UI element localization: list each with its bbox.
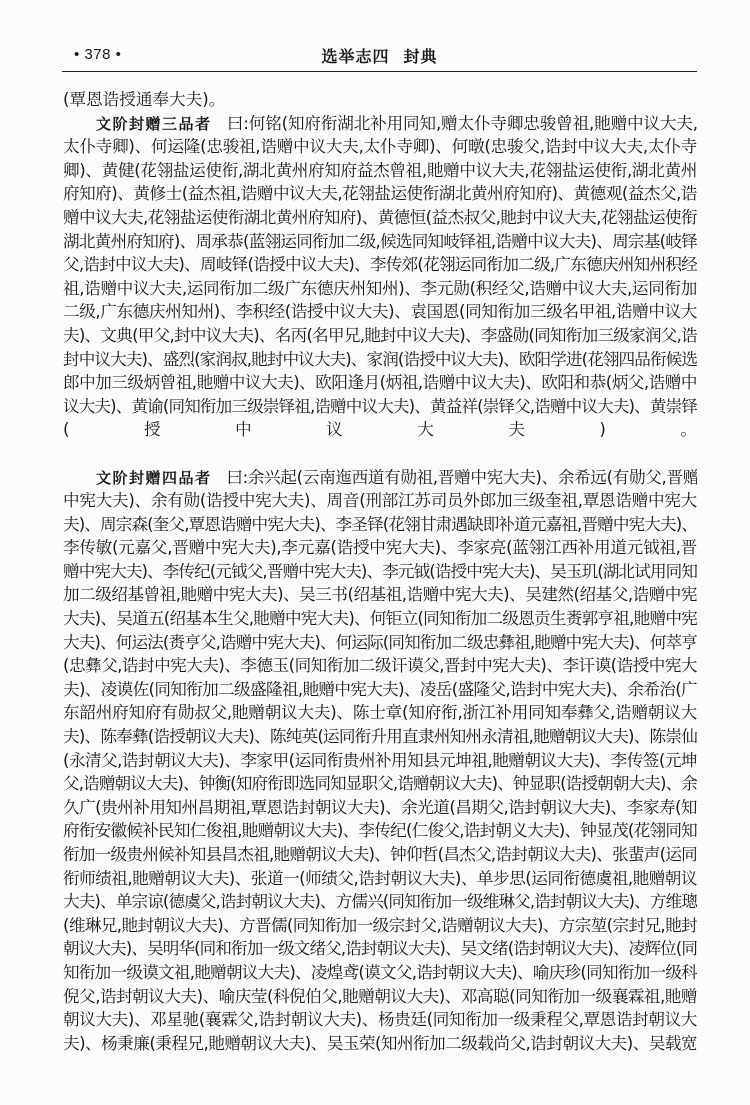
text-line: 衔加一级贵州候补知县昌杰祖,貤赠朝议大夫)、钟仰哲(昌杰父,诰封朝议大夫)、张蜚…: [63, 843, 697, 867]
text-line: 朝议大夫)、吴明华(同和衔加一级文绪父,诰封朝议大夫)、吴文绪(诰封朝议大夫)、…: [63, 937, 697, 961]
text-line: 夫)、周宗森(奎父,覃恩诰赠中宪大夫)、李圣铎(花翎甘肃遇缺即补道元嘉祖,晋赠中…: [63, 513, 697, 537]
text-line: 夫)、杨秉廉(秉程兄,貤赠朝议大夫)、吴玉荣(知州衔加二级载尚父,诰封朝议大夫)…: [63, 1032, 697, 1056]
body-text: (覃恩诰授通奉大夫)。 文阶封赠三品者 曰:何铭(知府衔湖北补用同知,赠太仆寺卿…: [63, 88, 697, 1055]
text-line: 湖北黄州府知府)、周承恭(蓝翎运同衔加二级,候选同知岐铎祖,诰赠中议大夫)、周宗…: [63, 230, 697, 254]
text-span: 曰:余兴起(云南迤西道有勋祖,晋赠中宪大夫)、余希远(有勋父,晋赠: [226, 468, 697, 487]
text-span: 曰:何铭(知府衔湖北补用同知,赠太仆寺卿忠骏曾祖,貤赠中议大夫,: [227, 114, 697, 133]
text-line: 府衔安徽候补民知仁俊祖,貤赠朝议大夫)、李传纪(仁俊父,诰封朝义大夫)、钟显茂(…: [63, 819, 697, 843]
text-line: 衔师绩祖,貤赠朝议大夫)、张道一(师绩父,诰封朝议大夫)、单步思(运同衔德虞祖,…: [63, 867, 697, 891]
text-line: 大夫)、何运法(赉亨父,诰赠中宪大夫)、何运际(同知衔加二级忠彝祖,貤赠中宪大夫…: [63, 631, 697, 655]
text-line: (授中议大夫)。: [63, 418, 697, 442]
text-line: (覃恩诰授通奉大夫)。: [63, 88, 697, 112]
text-line: 祖,诰赠中议大夫,运同衔加二级广东德庆州知州)、李元勋(积经父,诰赠中议大夫,运…: [63, 277, 697, 301]
text-line: 朝议大夫)、邓星驰(襄霖父,诰封朝议大夫)、杨贵廷(同知衔加一级秉程父,覃恩诰封…: [63, 1008, 697, 1032]
text-line: 久广(贵州补用知州昌期祖,覃恩诰封朝议大夫)、余光道(昌期父,诰封朝议大夫)、李…: [63, 796, 697, 820]
text-line: 二级,广东德庆州知州)、李积经(诰授中议大夫)、袁国恩(同知衔加三级名甲祖,诰赠…: [63, 300, 697, 324]
text-line: 议大夫)、黄谕(同知衔加三级崇铎祖,诰赠中议大夫)、黄益祥(崇铎父,诰赠中议大夫…: [63, 395, 697, 419]
text-line: 赠中宪大夫)、李传纪(元钺父,晋赠中宪大夫)、李元钺(诰授中宪大夫)、吴玉玑(湖…: [63, 560, 697, 584]
text-line: 中宪大夫)、余有勋(诰授中宪大夫)、周音(刑部江苏司员外郎加三级奎祖,覃恩诰赠中…: [63, 489, 697, 513]
text-line: 封中议大夫)、盛烈(家润叔,貤封中议大夫)、家润(诰授中议大夫)、欧阳学进(花翎…: [63, 348, 697, 372]
text-line: 加二级绍基曾祖,貤赠中宪大夫)、吴三书(绍基祖,诰赠中宪大夫)、吴建然(绍基父,…: [63, 583, 697, 607]
text-line: 郎中加三级炳曾祖,貤赠中议大夫)、欧阳逢月(炳祖,诰赠中议大夫)、欧阳和恭(炳父…: [63, 371, 697, 395]
running-title-chapter: 选举志四: [321, 47, 389, 66]
text-line: (维琳兄,貤封朝议大夫)、方晋儒(同知衔加一级宗封父,诰赠朝议大夫)、方宗堃(宗…: [63, 914, 697, 938]
running-title: 选举志四封典: [62, 44, 697, 67]
text-line: 卿)、黄健(花翎盐运使衔,湖北黄州府知府益杰曾祖,貤赠中议大夫,花翎盐运使衔,湖…: [63, 159, 697, 183]
running-title-section: 封典: [404, 47, 438, 66]
text-line: 大夫)、吴道五(绍基本生父,貤赠中宪大夫)、何钜立(同知衔加二级恩贡生赉郭亨祖,…: [63, 607, 697, 631]
section-lead-line: 文阶封赠三品者 曰:何铭(知府衔湖北补用同知,赠太仆寺卿忠骏曾祖,貤赠中议大夫,: [63, 112, 697, 136]
text-line: (忠彝父,诰封中宪大夫)、李德玉(同知衔加二级讦谟父,晋封中宪大夫)、李讦谟(诰…: [63, 654, 697, 678]
section-heading: 文阶封赠三品者: [96, 115, 212, 133]
text-line: 大夫)、单宗谅(德虞父,诰封朝议大夫)、方儒兴(同知衔加一级维琳父,诰封朝议大夫…: [63, 890, 697, 914]
text-line: 赠中议大夫,花翎盐运使衔湖北黄州府知府)、黄德恒(益杰叔父,貤封中议大夫,花翎盐…: [63, 206, 697, 230]
text-line: 府知府)、黄修士(益杰祖,诰赠中议大夫,花翎盐运使衔湖北黄州府知府)、黄德观(益…: [63, 182, 697, 206]
text-line: 太仆寺卿)、何运隆(忠骏祖,诰赠中议大夫,太仆寺卿)、何暾(忠骏父,诰封中议大夫…: [63, 135, 697, 159]
text-line: 夫)、陈奉彝(诰授朝议大夫)、陈纯英(运同衔升用直隶州知州永清祖,貤赠朝议大夫)…: [63, 725, 697, 749]
text-line: 东韶州府知府有勋叔父,貤赠朝议大夫)、陈士章(知府衔,浙江补用同知奉彝父,诰赠朝…: [63, 701, 697, 725]
header-rule: [62, 71, 697, 72]
text-line: 知衔加一级谟文祖,貤赠朝议大夫)、凌煌鸢(谟文父,诰封朝议大夫)、喻庆珍(同知衔…: [63, 961, 697, 985]
text-line: 李传敏(元嘉父,晋赠中宪大夫),李元嘉(诰授中宪大夫)、李家亮(蓝翎江西补用道元…: [63, 536, 697, 560]
section-heading: 文阶封赠四品者: [96, 469, 212, 487]
text-line: 夫)、文典(甲父,封中议大夫)、名丙(名甲兄,貤封中议大夫)、李盛勋(同知衔加三…: [63, 324, 697, 348]
text-line: 父,诰赠朝议大夫)、钟衡(知府衔即选同知显职父,诰赠朝议大夫)、钟显职(诰授朝朝…: [63, 772, 697, 796]
text-line: 夫)、凌谟佐(同知衔加二级盛隆祖,貤赠中宪大夫)、凌岳(盛隆父,诰封中宪大夫)、…: [63, 678, 697, 702]
text-line: (永清父,诰封朝议大夫)、李家甲(运同衔贵州补用知县元坤祖,貤赠朝议大夫)、李传…: [63, 749, 697, 773]
page-header: • 378 • 选举志四封典: [62, 44, 697, 68]
text-line: 父,诰封中议大夫)、周岐铎(诰授中议大夫)、李传郊(花翎运同衔加二级,广东德庆州…: [63, 253, 697, 277]
section-lead-line: 文阶封赠四品者 曰:余兴起(云南迤西道有勋祖,晋赠中宪大夫)、余希远(有勋父,晋…: [63, 466, 697, 490]
text-line: [63, 442, 697, 466]
text-line: 倪父,诰封朝议大夫)、喻庆莹(科倪伯父,貤赠朝议大夫)、邓高聪(同知衔加一级襄霖…: [63, 985, 697, 1009]
